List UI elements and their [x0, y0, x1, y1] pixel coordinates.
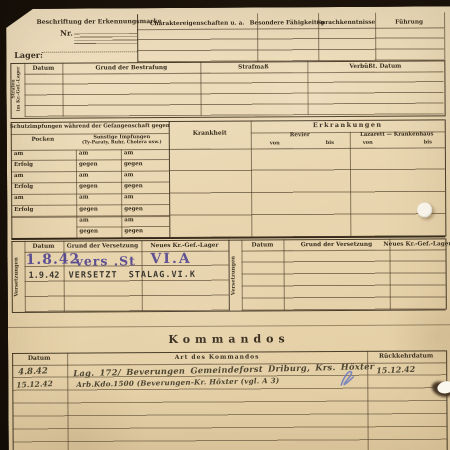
erkrankungen-rows-grid	[169, 147, 446, 238]
versetz-l-col-datum: Datum	[33, 243, 55, 249]
empty-rows	[137, 27, 444, 62]
nr-ruled-lines	[74, 33, 137, 44]
card-paper: Beschriftung der Erkennungsmarke Nr. Lag…	[6, 6, 450, 450]
cell: am	[124, 218, 133, 224]
cell: gegen	[79, 229, 98, 235]
strafen-side-label-2: im Kr.-Gef.-Lager	[17, 67, 22, 112]
kdo-col-datum: Datum	[28, 355, 51, 361]
stamp-date-purple: 1.8.42	[25, 251, 80, 268]
strafen-col-grund: Grund der Bestrafung	[96, 65, 168, 72]
blue-check-mark	[338, 367, 356, 389]
cell: gegen	[124, 162, 143, 168]
kdo-entry2-datum: 15.12.42	[16, 379, 53, 389]
col-charakter: Charaktereigenschaften u. a.	[150, 21, 245, 28]
cell: gegen	[79, 207, 98, 213]
lazarett-von: von	[363, 140, 373, 145]
cell: am	[124, 173, 133, 179]
kdo-entry1-rueckkehr: 15.12.42	[376, 364, 415, 376]
kdo-col-rueckkehr: Rückkehrdatum	[379, 353, 433, 360]
characteristics-table: Charaktereigenschaften u. a. Besondere F…	[6, 6, 450, 9]
strafen-col-verbuesst: Verbüßt. Datum	[349, 64, 401, 70]
impf-rows-grid-2	[76, 216, 169, 239]
erkrankungen-title: Erkrankungen	[313, 122, 383, 129]
stamp-text-purple: vers .St	[75, 253, 135, 268]
versetzungen-side-label-right: Versetzungen	[230, 255, 236, 294]
kdo-entry1-datum: 4.8.42	[18, 366, 48, 377]
col-sonstige-2: (Ty-Paraty, Ruhr, Cholera usw.)	[82, 141, 162, 146]
punch-hole	[417, 202, 432, 217]
cell: am	[14, 151, 23, 157]
col-pocken: Pocken	[31, 138, 54, 144]
cell: am	[79, 151, 88, 157]
revier-von: von	[270, 141, 280, 146]
cell: am	[124, 196, 133, 202]
versetz-r-col-neues: Neues Kr.-Gef.-Lager	[383, 241, 450, 247]
erkennungsmarke-label: Beschriftung der Erkennungsmarke	[36, 19, 161, 26]
lager-fill-line	[41, 51, 137, 53]
col-revier: Revier	[290, 133, 310, 139]
versetz-l-col-neues: Neues Kr.-Gef.-Lager	[150, 242, 218, 248]
versetz-r-col-datum: Datum	[252, 242, 274, 248]
versetz-r-col-grund: Grund der Versetzung	[301, 241, 372, 248]
impfungen-title: Schutzimpfungen während der Gefangenscha…	[10, 124, 170, 131]
stamp-date-black: 1.9.42	[29, 270, 60, 280]
cell: Erfolg	[14, 163, 33, 169]
cell: gegen	[79, 162, 98, 168]
cell: am	[79, 196, 88, 202]
impfungen-section: Schutzimpfungen während der Gefangenscha…	[6, 6, 450, 9]
cell: Erfolg	[14, 207, 33, 213]
col-sprachen: Sprachkenntnisse	[317, 20, 375, 26]
kommandos-section: Kommandos Datum Art des Kommandos Rückke…	[6, 6, 450, 9]
col-krankheit: Krankheit	[193, 131, 227, 138]
versetzungen-section: Versetzungen Versetzungen Datum Grund de…	[6, 6, 450, 9]
col-faehigkeiten: Besondere Fähigkeiten	[250, 20, 325, 27]
kommandos-title: Kommandos	[168, 333, 289, 345]
strafen-col-datum: Datum	[32, 66, 54, 72]
col-fuehrung: Führung	[395, 19, 423, 25]
cell: gegen	[124, 207, 143, 213]
separator-rule	[8, 324, 450, 328]
cell: am	[79, 173, 88, 179]
cell: gegen	[79, 185, 98, 191]
col-lazarett: Lazarett — Krankenhaus	[360, 132, 433, 138]
versetz-right-rows	[241, 249, 445, 310]
cell: gegen	[124, 184, 143, 190]
cell: am	[14, 174, 23, 180]
stamp-lager-purple: VI.A	[150, 251, 191, 267]
kdo-col-art: Art des Kommandos	[175, 354, 260, 361]
cell: am	[124, 151, 133, 157]
revier-bis: bis	[326, 140, 334, 145]
versetz-l-col-grund: Grund der Versetzung	[67, 243, 138, 250]
cell: am	[14, 196, 23, 202]
lazarett-bis: bis	[424, 140, 432, 145]
cell: Erfolg	[14, 185, 33, 191]
scanned-pow-record-card: Beschriftung der Erkennungsmarke Nr. Lag…	[0, 0, 450, 450]
lager-label: Lager:	[14, 51, 43, 60]
cell: gegen	[124, 229, 143, 235]
strafen-col-strafmass: Strafmaß	[238, 64, 269, 70]
versetzungen-side-label-left: Versetzungen	[13, 257, 19, 296]
strafen-section: Strafen im Kr.-Gef.-Lager Datum Grund de…	[6, 6, 450, 9]
nr-label: Nr.	[60, 30, 73, 38]
stamp-text-black: VERSETZT STALAG.VI.K	[69, 269, 196, 280]
empty-rows	[24, 71, 443, 117]
cell: am	[79, 218, 88, 224]
